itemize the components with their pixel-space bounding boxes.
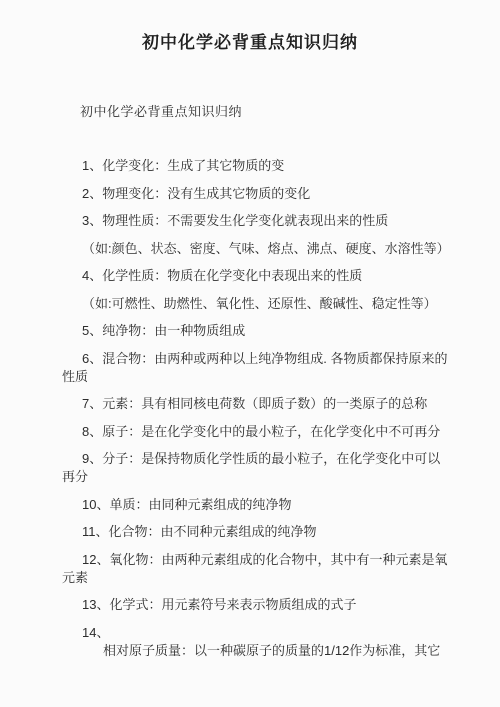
paragraph-note-physical-properties: （如:颜色、状态、密度、气味、熔点、沸点、硬度、水溶性等） [62, 240, 472, 258]
paragraph-item-7: 7、元素：具有相同核电荷数（即质子数）的一类原子的总称 [62, 395, 472, 413]
paragraph-item-1: 1、化学变化：生成了其它物质的变 [62, 157, 472, 175]
paragraph-item-12: 12、氧化物：由两种元素组成的化合物中，其中有一种元素是氧 元素 [62, 551, 472, 587]
page-title: 初中化学必背重点知识归纳 [0, 30, 500, 56]
document-subtitle: 初中化学必背重点知识归纳 [62, 103, 472, 121]
paragraph-item-8: 8、原子：是在化学变化中的最小粒子，在化学变化中不可再分 [62, 423, 472, 441]
paragraph-note-chemical-properties: （如:可燃性、助燃性、氧化性、还原性、酸碱性、稳定性等） [62, 295, 472, 313]
paragraph-item-10: 10、单质：由同种元素组成的纯净物 [62, 496, 472, 514]
paragraph-item-14-continuation: 相对原子质量：以一种碳原子的质量的1/12作为标准，其它 [62, 642, 472, 660]
document-page: 初中化学必背重点知识归纳 初中化学必背重点知识归纳 1、化学变化：生成了其它物质… [0, 0, 500, 707]
paragraph-item-9: 9、分子：是保持物质化学性质的最小粒子，在化学变化中可以 再分 [62, 450, 472, 486]
paragraph-item-6: 6、混合物：由两种或两种以上纯净物组成. 各物质都保持原来的 性质 [62, 350, 472, 386]
paragraph-item-5: 5、纯净物：由一种物质组成 [62, 322, 472, 340]
paragraph-item-2: 2、物理变化：没有生成其它物质的变化 [62, 185, 472, 203]
paragraph-item-13: 13、化学式：用元素符号来表示物质组成的式子 [62, 596, 472, 614]
paragraph-item-11: 11、化合物：由不同种元素组成的纯净物 [62, 523, 472, 541]
paragraph-item-14: 14、 [62, 624, 472, 642]
paragraph-item-4: 4、化学性质：物质在化学变化中表现出来的性质 [62, 267, 472, 285]
paragraph-item-3: 3、物理性质：不需要发生化学变化就表现出来的性质 [62, 212, 472, 230]
